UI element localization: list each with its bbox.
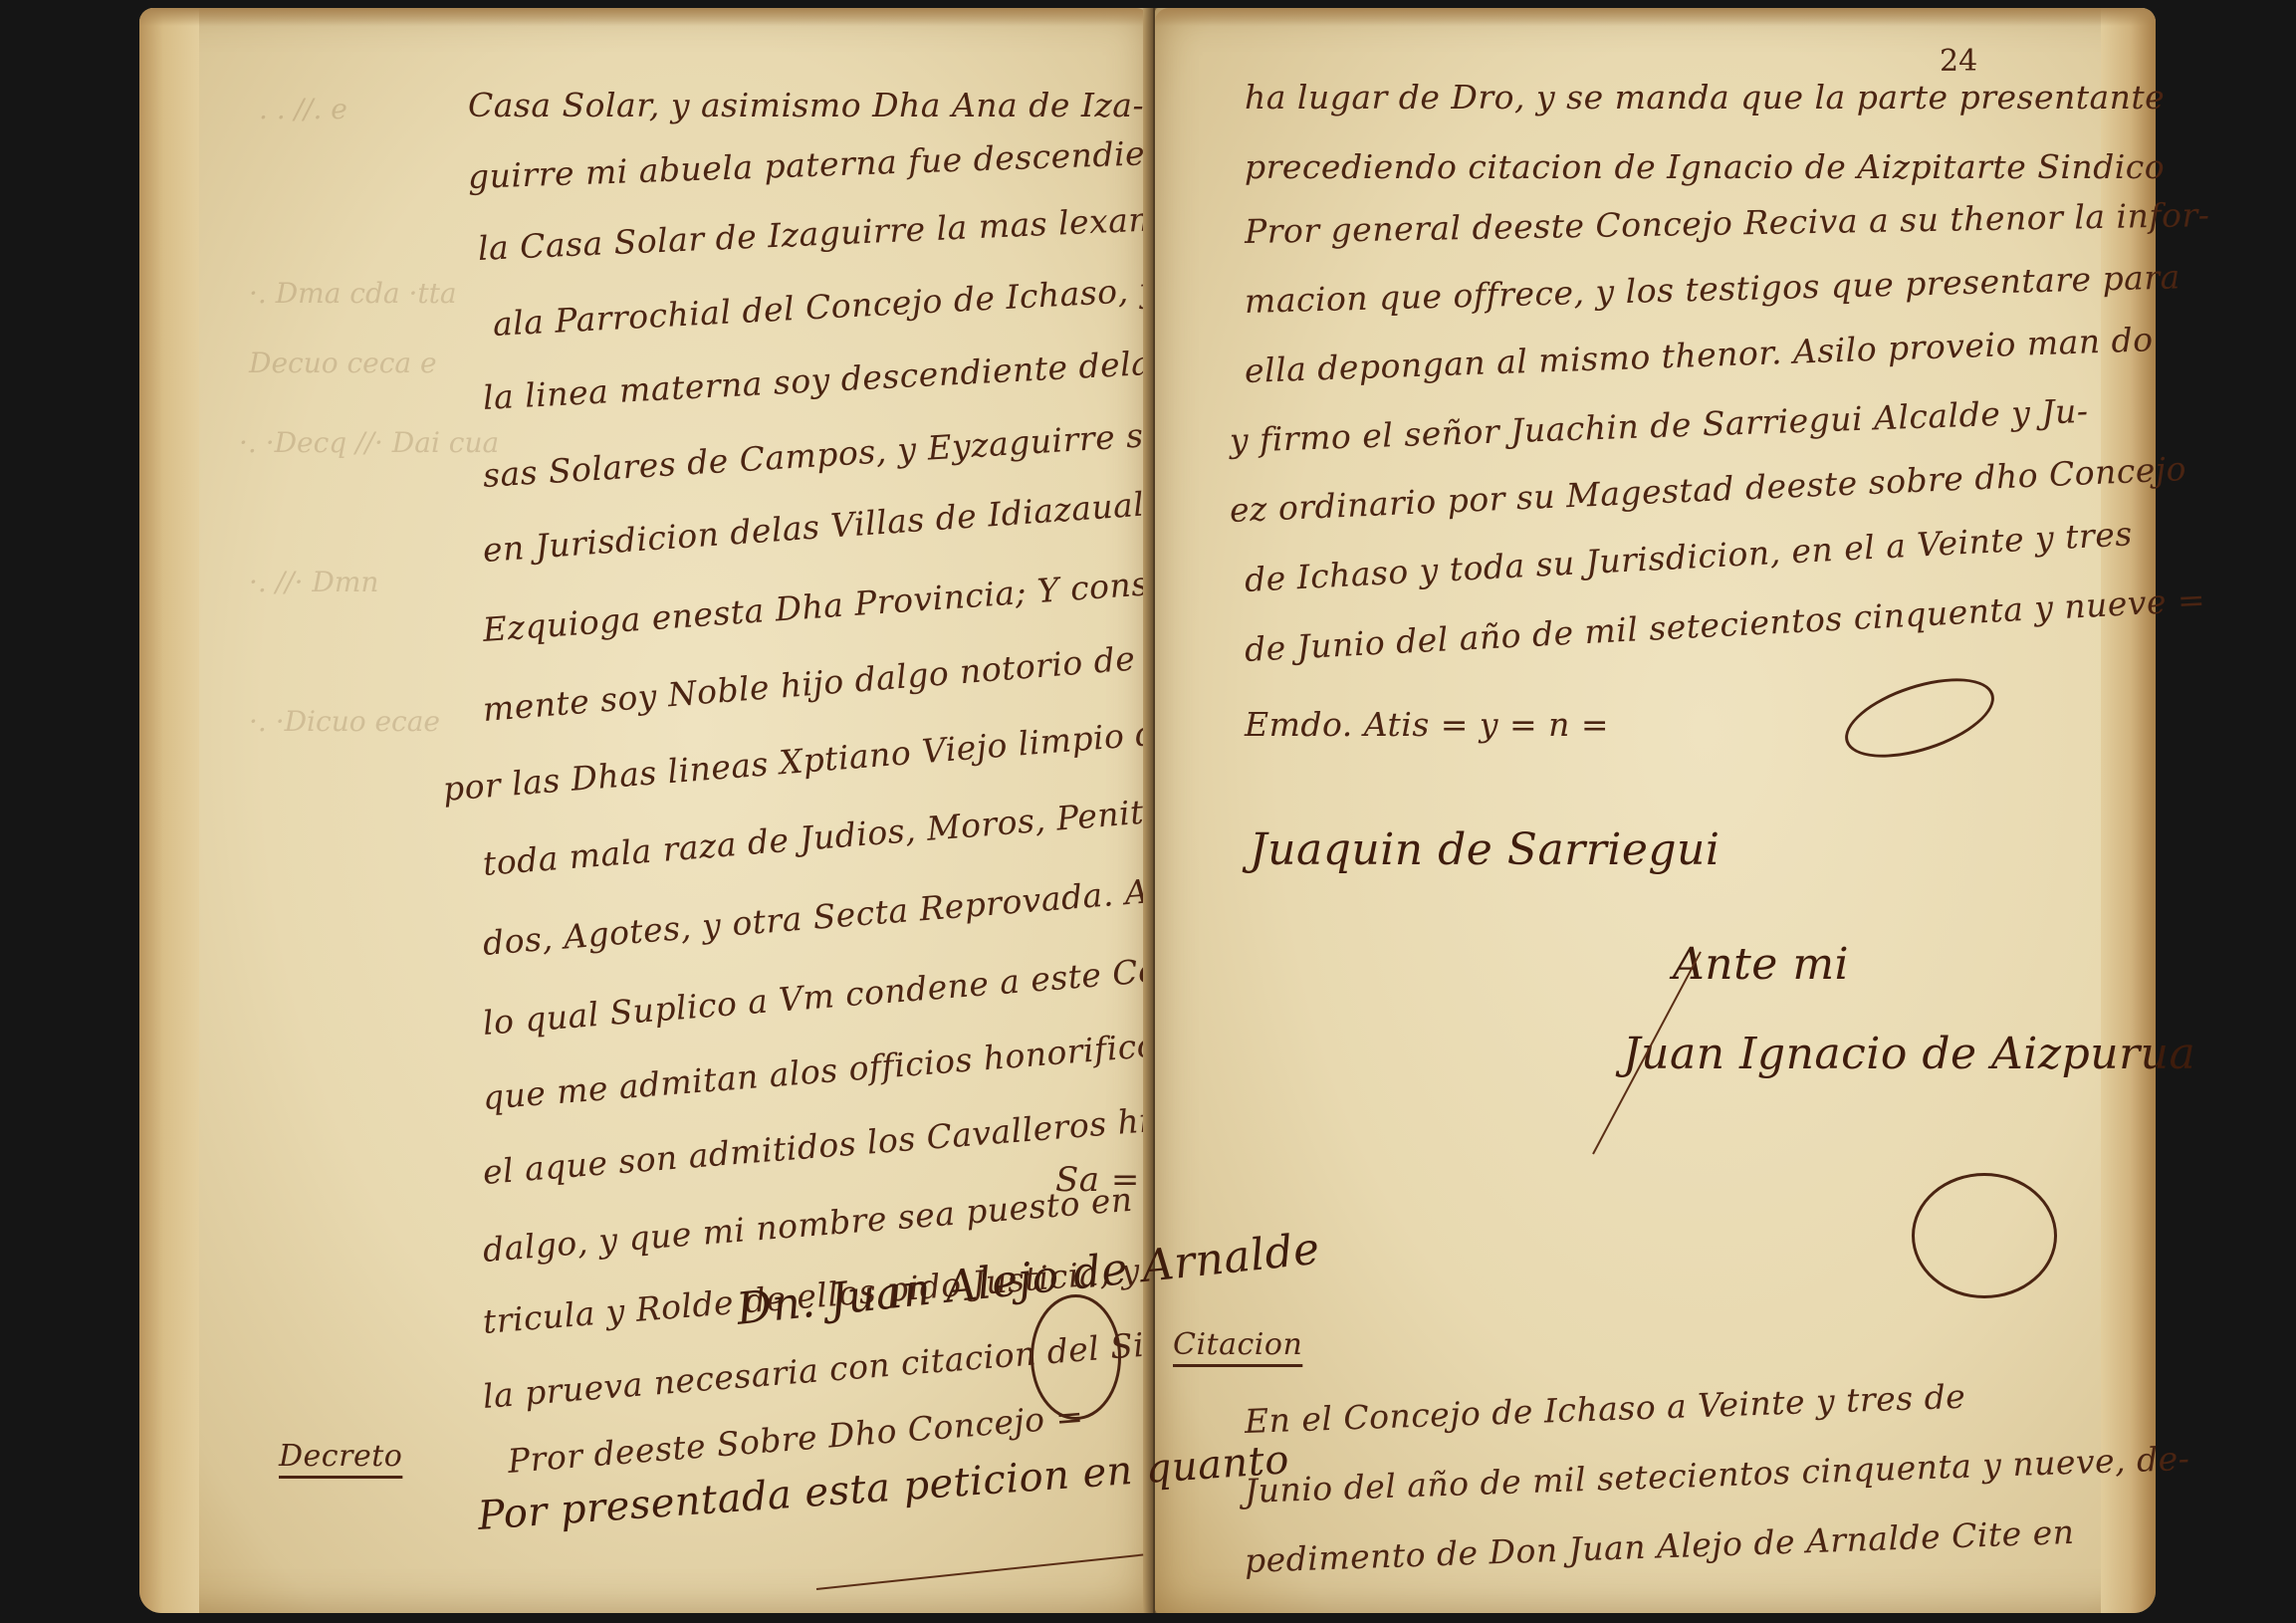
right-line-8: de Ichaso y toda su Jurisdicion, en el a… — [1244, 514, 2134, 599]
right-line-4: macion que offrece, y los testigos que p… — [1244, 257, 2181, 321]
right-line-9: de Junio del año de mil setecientos cinq… — [1244, 580, 2206, 669]
right-line-1: ha lugar de Dro, y se manda que la parte… — [1245, 78, 2165, 116]
left-page-worn-edge — [139, 8, 199, 1613]
signature-ante-mi: Ante mi — [1673, 939, 1849, 990]
right-page: 24 ha lugar de Dro, y se manda que la pa… — [1155, 8, 2156, 1613]
left-line-20: Sa = — [1055, 1160, 1140, 1200]
left-line-12: dos, Agotes, y otra Secta Reprovada. Ate… — [481, 864, 1239, 962]
margin-note-decreto: Decreto — [279, 1439, 402, 1474]
citation-line-1: En el Concejo de Ichaso a Veinte y tres … — [1244, 1377, 1966, 1441]
right-line-3: Pror general deeste Concejo Reciva a su … — [1245, 195, 2210, 251]
top-page-edge — [139, 8, 1150, 26]
margin-note-citacion: Citacion — [1173, 1327, 1302, 1362]
page-number: 24 — [1940, 44, 1977, 79]
left-line-3: la Casa Solar de Izaguirre la mas lexana — [477, 199, 1171, 268]
left-line-7: en Jurisdicion delas Villas de Idiazaual… — [482, 482, 1187, 570]
left-page: . . //. e ·. Dma cda ·tta Decuo ceca e ·… — [139, 8, 1150, 1613]
right-line-6: y firmo el señor Juachin de Sarriegui Al… — [1229, 391, 2089, 460]
left-line-4: ala Parrochial del Concejo de Ichaso, y … — [492, 266, 1229, 344]
left-line-18: la prueva necesaria con citacion del Sin… — [481, 1317, 1239, 1416]
right-line-10: Emdo. Atis = y = n = — [1245, 705, 1609, 744]
left-line-6: sas Solares de Campos, y Eyzaguirre sita… — [482, 412, 1207, 495]
citation-line-2: Junio del año de mil setecientos cinquen… — [1244, 1439, 2190, 1510]
left-line-5: la linea materna soy descendiente delas … — [482, 340, 1231, 417]
signature-rubric — [1912, 1173, 2057, 1298]
signature-flourish — [1836, 663, 2004, 774]
citation-line-3: pedimento de Don Juan Alejo de Arnalde C… — [1244, 1512, 2075, 1580]
left-line-10: por las Dhas lineas Xptiano Viejo limpio… — [441, 712, 1178, 809]
signature-escribano: Juan Ignacio de Aizpurua — [1623, 1029, 2195, 1079]
signature-alcalde: Juaquin de Sarriegui — [1250, 824, 1720, 875]
right-line-7: ez ordinario por su Magestad deeste sobr… — [1229, 449, 2187, 530]
top-page-edge-right — [1155, 8, 2156, 26]
right-page-worn-edge — [2101, 8, 2156, 1613]
left-line-2: guirre mi abuela paterna fue descendient… — [467, 129, 1254, 195]
manuscript-book: . . //. e ·. Dma cda ·tta Decuo ceca e ·… — [139, 8, 2156, 1616]
right-line-5: ella depongan al mismo thenor. Asilo pro… — [1244, 320, 2154, 390]
left-line-1: Casa Solar, y asimismo Dha Ana de Iza- — [468, 86, 1144, 124]
signature-arnalde-rubric — [1031, 1294, 1121, 1420]
right-line-2: precediendo citacion de Ignacio de Aizpi… — [1245, 147, 2165, 186]
